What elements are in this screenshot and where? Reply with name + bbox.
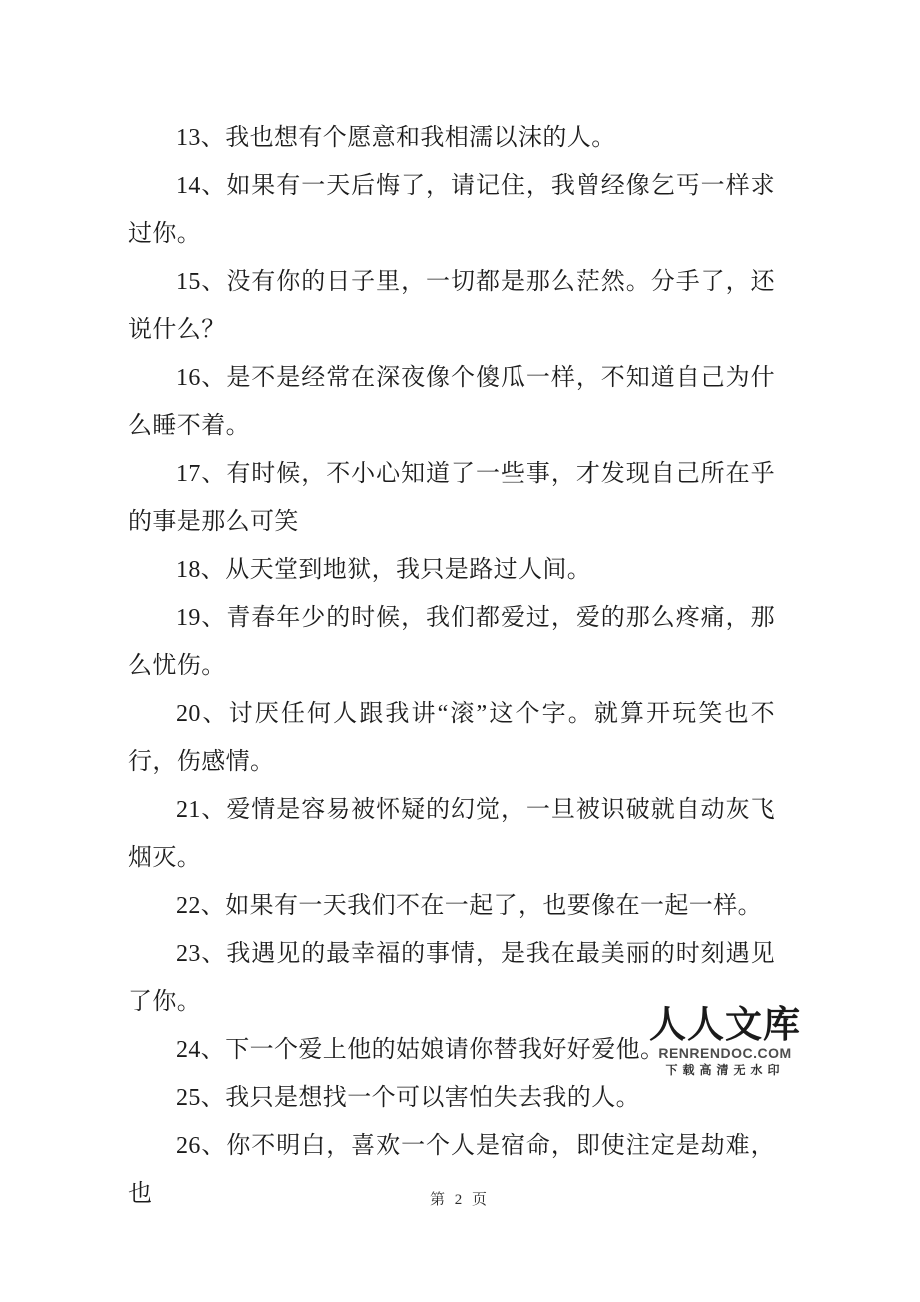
paragraph-20: 20、讨厌任何人跟我讲“滚”这个字。就算开玩笑也不行，伤感情。 [128,690,775,786]
watermark-logo-text: 人人文库 [644,1006,806,1046]
site-watermark: 人人文库 RENRENDOC.COM 下载高清无水印 [644,1006,806,1077]
document-page: 13、我也想有个愿意和我相濡以沫的人。 14、如果有一天后悔了，请记住，我曾经像… [0,0,920,1302]
paragraph-14: 14、如果有一天后悔了，请记住，我曾经像乞丐一样求过你。 [128,162,775,258]
paragraph-15: 15、没有你的日子里，一切都是那么茫然。分手了，还说什么？ [128,258,775,354]
paragraph-25: 25、我只是想找一个可以害怕失去我的人。 [128,1074,775,1122]
page-number-footer: 第 2 页 [0,1188,920,1209]
paragraph-22: 22、如果有一天我们不在一起了，也要像在一起一样。 [128,882,775,930]
paragraph-17: 17、有时候，不小心知道了一些事，才发现自己所在乎的事是那么可笑 [128,450,775,546]
paragraph-21: 21、爱情是容易被怀疑的幻觉，一旦被识破就自动灰飞烟灭。 [128,786,775,882]
watermark-domain-text: RENRENDOC.COM [644,1046,806,1061]
page-number-label: 第 2 页 [430,1192,490,1208]
paragraph-16: 16、是不是经常在深夜像个傻瓜一样，不知道自己为什么睡不着。 [128,354,775,450]
paragraph-18: 18、从天堂到地狱，我只是路过人间。 [128,546,775,594]
paragraph-19: 19、青春年少的时候，我们都爱过，爱的那么疼痛，那么忧伤。 [128,594,775,690]
paragraph-13: 13、我也想有个愿意和我相濡以沫的人。 [128,114,775,162]
watermark-slogan-text: 下载高清无水印 [644,1064,806,1077]
